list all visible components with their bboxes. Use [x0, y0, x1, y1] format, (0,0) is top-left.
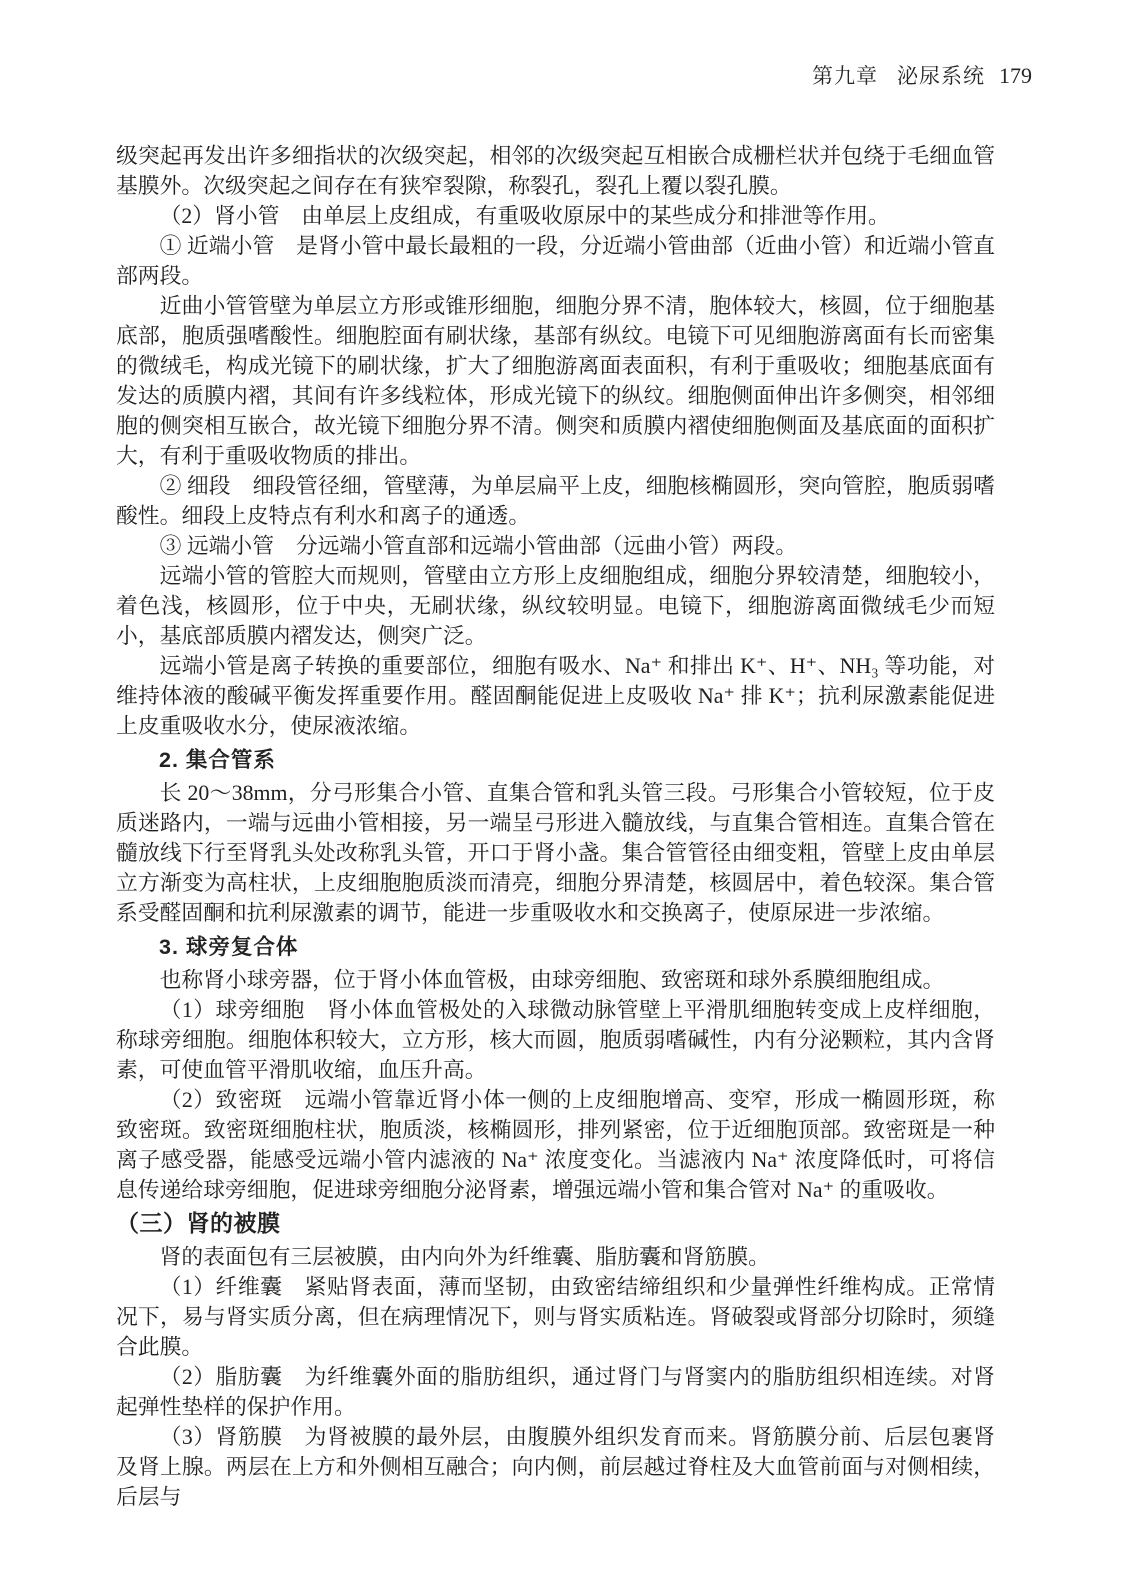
body-paragraph: （1）纤维囊 紧贴肾表面，薄而坚韧，由致密结缔组织和少量弹性纤维构成。正常情况下… [116, 1272, 995, 1362]
page-body: 级突起再发出许多细指状的次级突起，相邻的次级突起互相嵌合成栅栏状并包绕于毛细血管… [116, 141, 995, 1512]
textbook-page: 第九章 泌尿系统 179 级突起再发出许多细指状的次级突起，相邻的次级突起互相嵌… [0, 0, 1127, 1570]
body-paragraph: （2）致密斑 远端小管靠近肾小体一侧的上皮细胞增高、变窄，形成一椭圆形斑，称致密… [116, 1085, 995, 1205]
body-paragraph: 级突起再发出许多细指状的次级突起，相邻的次级突起互相嵌合成栅栏状并包绕于毛细血管… [116, 141, 995, 201]
body-paragraph: （2）肾小管 由单层上皮组成，有重吸收原尿中的某些成分和排泄等作用。 [116, 201, 995, 231]
body-paragraph: ③ 远端小管 分远端小管直部和远端小管曲部（远曲小管）两段。 [116, 531, 995, 561]
body-paragraph: ② 细段 细段管径细，管壁薄，为单层扁平上皮，细胞核椭圆形，突向管腔，胞质弱嗜酸… [116, 471, 995, 531]
body-paragraph: 远端小管是离子转换的重要部位，细胞有吸水、Na⁺ 和排出 K⁺、H⁺、NH₃ 等… [116, 651, 995, 741]
chapter-label: 第九章 [812, 63, 878, 89]
heading-renal-capsules: （三）肾的被膜 [116, 1207, 995, 1239]
chapter-title: 泌尿系统 [897, 63, 985, 89]
body-paragraph: 近曲小管管壁为单层立方形或锥形细胞，细胞分界不清，胞体较大，核圆，位于细胞基底部… [116, 291, 995, 471]
body-paragraph: （1）球旁细胞 肾小体血管极处的入球微动脉管壁上平滑肌细胞转变成上皮样细胞，称球… [116, 995, 995, 1085]
running-header: 第九章 泌尿系统 179 [812, 63, 1032, 89]
body-paragraph: ① 近端小管 是肾小管中最长最粗的一段，分近端小管曲部（近曲小管）和近端小管直部… [116, 231, 995, 291]
body-paragraph: （3）肾筋膜 为肾被膜的最外层，由腹膜外组织发育而来。肾筋膜分前、后层包裹肾及肾… [116, 1422, 995, 1512]
body-paragraph: 也称肾小球旁器，位于肾小体血管极，由球旁细胞、致密斑和球外系膜细胞组成。 [116, 965, 995, 995]
heading-collecting-duct-system: 2. 集合管系 [116, 745, 995, 775]
body-paragraph: 远端小管的管腔大而规则，管壁由立方形上皮细胞组成，细胞分界较清楚，细胞较小，着色… [116, 561, 995, 651]
page-number: 179 [999, 63, 1032, 89]
body-paragraph: 长 20～38mm，分弓形集合小管、直集合管和乳头管三段。弓形集合小管较短，位于… [116, 778, 995, 928]
body-paragraph: 肾的表面包有三层被膜，由内向外为纤维囊、脂肪囊和肾筋膜。 [116, 1242, 995, 1272]
body-paragraph: （2）脂肪囊 为纤维囊外面的脂肪组织，通过肾门与肾窦内的脂肪组织相连续。对肾起弹… [116, 1362, 995, 1422]
heading-juxtaglomerular-complex: 3. 球旁复合体 [116, 932, 995, 962]
